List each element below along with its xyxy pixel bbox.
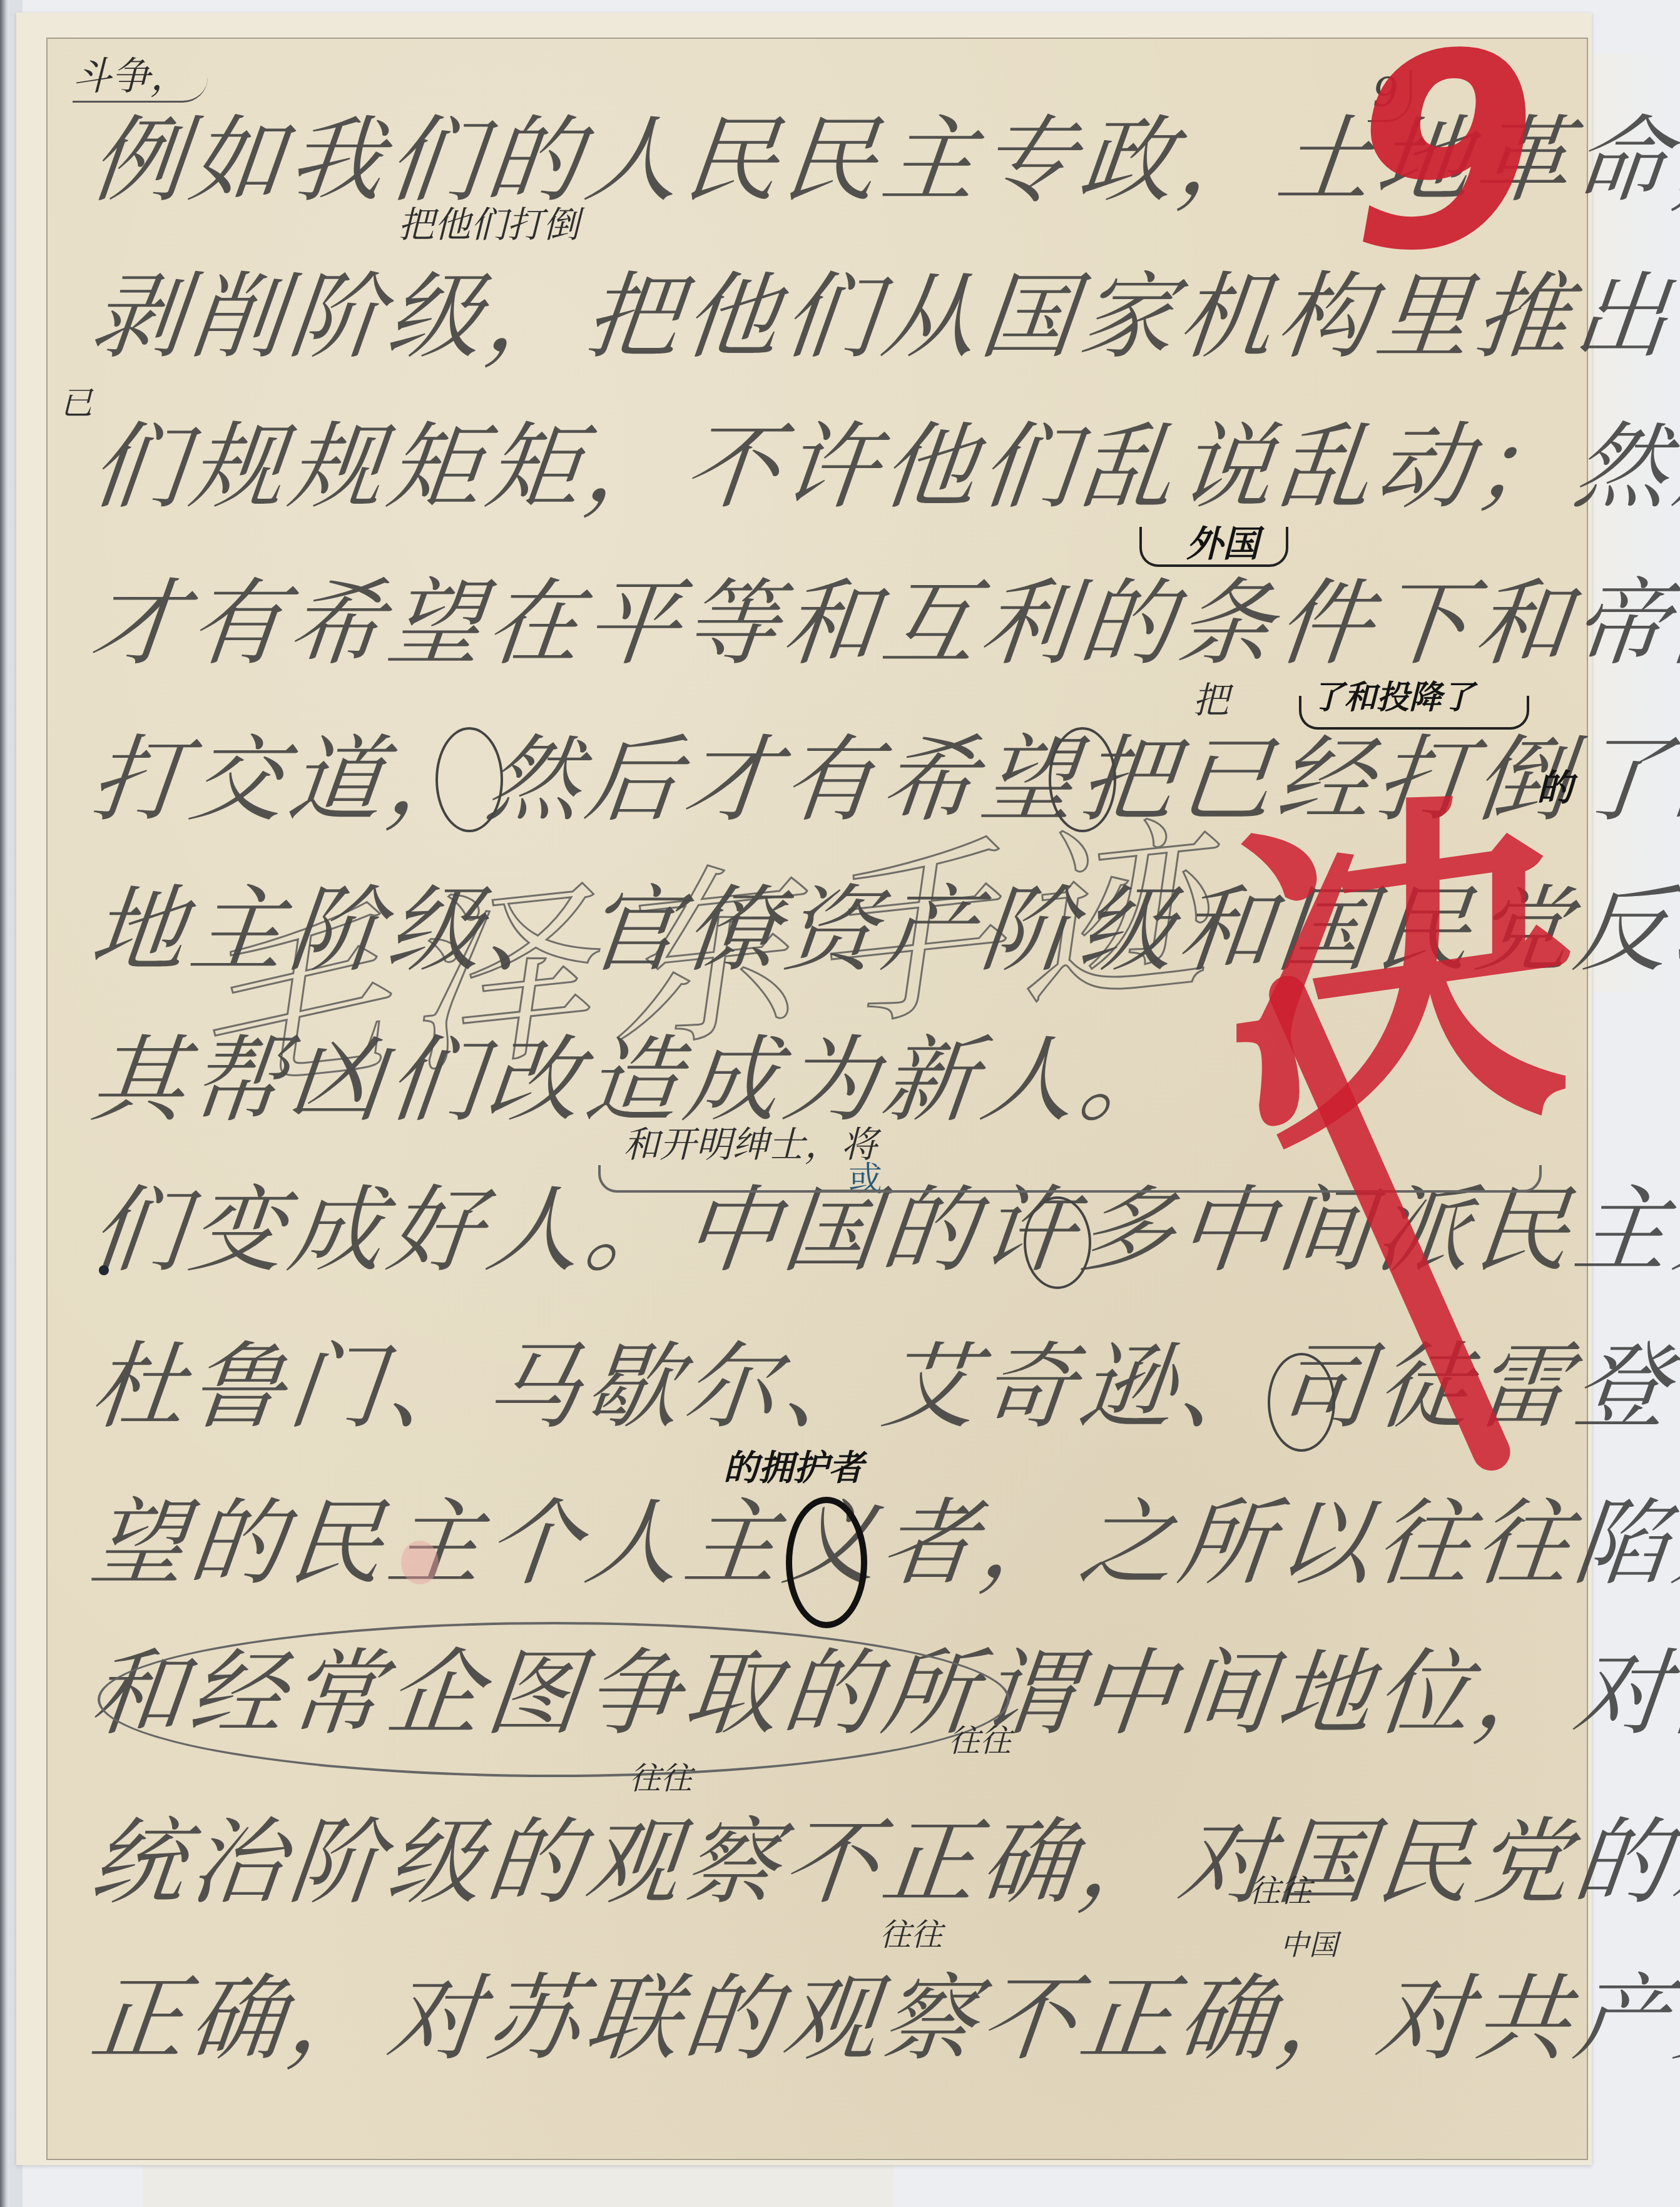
red-marker-character: 决 (1226, 776, 1573, 1178)
circled-character (1024, 1196, 1091, 1289)
manuscript-page: 斗争， 已 9 例如我们的人民民主专政，土地革命，揭露帝国主义 剥削阶级，把他们… (46, 38, 1588, 2160)
circled-character (435, 727, 503, 832)
margin-note-left: 已 (60, 377, 93, 424)
interlinear-note: 把他们打倒 (398, 195, 579, 248)
ink-dot (99, 1265, 109, 1275)
manuscript-line-4: 才有希望在平等和互利的条件下和帝国主义国家 (86, 577, 1567, 671)
interlinear-note: 往往 (1249, 1866, 1311, 1911)
interlinear-note: 往往 (949, 1716, 1011, 1761)
margin-note-top-left: 斗争， (73, 45, 208, 103)
manuscript-line-12: 统治阶级的观察不正确，对国民党的观察不 (86, 1816, 1567, 1910)
interlinear-note: 中国 (1280, 1922, 1338, 1964)
manuscript-line-3: 们规规矩矩，不许他们乱说乱动；然后 (86, 421, 1567, 514)
insertion-bracket (1139, 527, 1288, 567)
pink-smudge (401, 1541, 439, 1584)
interlinear-note-ink: 的拥护者 (723, 1440, 863, 1491)
scanner-left-edge (0, 0, 9, 2207)
manuscript-line-9: 杜鲁门、马歇尔、艾奇逊、司徒雷登们所希 (86, 1340, 1567, 1434)
circled-character (1268, 1353, 1335, 1452)
manuscript-line-13: 正确，对苏联的观察不正确，对共产党也 (86, 1972, 1567, 2066)
manuscript-line-8: 们变成好人。中国的许多中间派民主人士，即 (86, 1184, 1567, 1278)
ink-circle-mark (786, 1497, 867, 1628)
interlinear-note: 往往 (880, 1910, 942, 1955)
document-mount: 斗争， 已 9 例如我们的人民民主专政，土地革命，揭露帝国主义 剥削阶级，把他们… (16, 13, 1592, 2165)
interlinear-note: 和开明绅士，将 (623, 1115, 877, 1168)
interlinear-note: 把 (1193, 671, 1229, 723)
interlinear-note: 往往 (629, 1753, 692, 1798)
insertion-bracket (1299, 696, 1529, 730)
pencil-encircled-phrase (98, 1622, 1010, 1777)
